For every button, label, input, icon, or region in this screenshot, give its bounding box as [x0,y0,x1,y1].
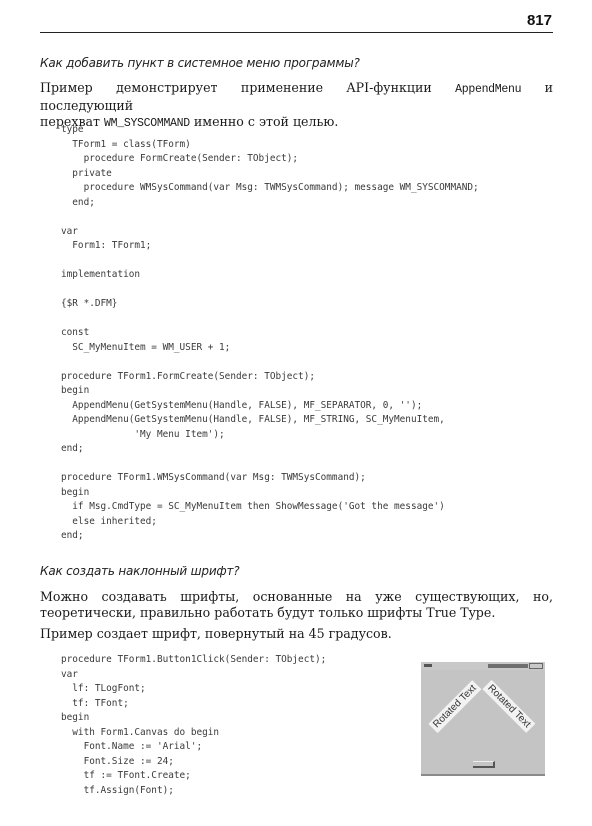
inline-code: AppendMenu [455,83,521,96]
code-line: SC_MyMenuItem = WM_USER + 1; [61,341,479,356]
code-line: private [61,167,479,182]
code-line: var [61,225,479,240]
code-line: implementation [61,268,479,283]
code-line: tf.Assign(Font); [61,784,326,799]
code-line [61,254,479,269]
code-line: {$R *.DFM} [61,297,479,312]
code-line [61,210,479,225]
code-line: var [61,668,326,683]
rotated-label-down: Rotated Text [482,680,535,733]
code-line: end; [61,442,479,457]
code-line: if Msg.CmdType = SC_MyMenuItem then Show… [61,500,479,515]
code-line [61,312,479,327]
code-line: Font.Size := 24; [61,755,326,770]
system-menu-icon [424,664,432,667]
code-line: begin [61,486,479,501]
code-line: 'My Menu Item'); [61,428,479,443]
code-line: AppendMenu(GetSystemMenu(Handle, FALSE),… [61,399,479,414]
code-line: procedure TForm1.WMSysCommand(var Msg: T… [61,471,479,486]
form-button [473,761,495,768]
rotated-text-screenshot: Rotated Text Rotated Text [421,662,545,776]
paragraph-line: теоретически, правильно работать будут т… [40,605,553,621]
code-line [61,457,479,472]
code-line: begin [61,384,479,399]
window-titlebar [421,662,545,670]
code-line: lf: TLogFont; [61,682,326,697]
code-line: procedure TForm1.FormCreate(Sender: TObj… [61,370,479,385]
code-line: Font.Name := 'Arial'; [61,740,326,755]
text-run: Пример демонстрирует применение API-функ… [40,80,455,95]
code-line [61,355,479,370]
code-line: procedure TForm1.Button1Click(Sender: TO… [61,653,326,668]
code-line: procedure WMSysCommand(var Msg: TWMSysCo… [61,181,479,196]
section-heading-rotated-font: Как создать наклонный шрифт? [40,564,239,578]
code-line: end; [61,529,479,544]
titlebar-caption-fill [488,664,528,668]
code-line: with Form1.Canvas do begin [61,726,326,741]
code-line: tf: TFont; [61,697,326,712]
page-number: 817 [527,12,552,29]
code-line: const [61,326,479,341]
code-line: type [61,123,479,138]
code-line: AppendMenu(GetSystemMenu(Handle, FALSE),… [61,413,479,428]
header-rule [40,32,553,33]
paragraph-truetype: Можно создавать шрифты, основанные на уж… [40,589,553,621]
code-listing-system-menu: type TForm1 = class(TForm) procedure For… [61,123,479,544]
code-line: TForm1 = class(TForm) [61,138,479,153]
window-controls-icon [529,663,543,669]
paragraph-45-degrees: Пример создает шрифт, повернутый на 45 г… [40,626,553,642]
code-listing-rotated-font: procedure TForm1.Button1Click(Sender: TO… [61,653,326,798]
section-heading-system-menu: Как добавить пункт в системное меню прог… [40,56,360,70]
code-line: tf := TFont.Create; [61,769,326,784]
code-line: end; [61,196,479,211]
code-line: procedure FormCreate(Sender: TObject); [61,152,479,167]
code-line: begin [61,711,326,726]
code-line: else inherited; [61,515,479,530]
rotated-label-up: Rotated Text [428,680,481,733]
paragraph-line: Можно создавать шрифты, основанные на уж… [40,589,553,605]
code-line [61,283,479,298]
paragraph-line: Пример демонстрирует применение API-функ… [40,80,553,114]
code-line: Form1: TForm1; [61,239,479,254]
